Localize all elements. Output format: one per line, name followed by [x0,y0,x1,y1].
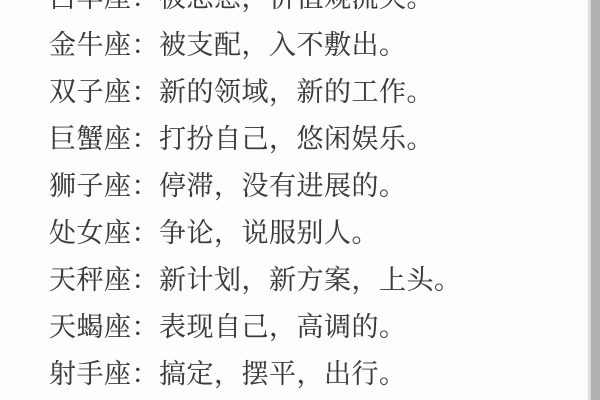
zodiac-sign-label: 白羊座 [49,0,132,13]
colon-separator: ： [132,77,160,107]
horoscope-line-sagittarius: 射手座：搞定，摆平，出行。 [49,351,586,398]
horoscope-line-virgo: 处女座：争论，说服别人。 [49,210,586,257]
horoscope-text: 表现自己，高调的。 [159,312,407,342]
horoscope-text: 停滞，没有进展的。 [159,171,407,201]
horoscope-text: 搞定，摆平，出行。 [159,359,407,389]
horoscope-page: 白羊座：被忽悠，价值观流失。 金牛座：被支配，入不敷出。 双子座：新的领域，新的… [0,0,600,400]
zodiac-sign-label: 天秤座 [49,265,132,295]
horoscope-line-leo: 狮子座：停滞，没有进展的。 [49,163,586,210]
horoscope-text: 新的领域，新的工作。 [159,77,434,107]
colon-separator: ： [132,30,160,60]
colon-separator: ： [132,359,160,389]
horoscope-list: 白羊座：被忽悠，价值观流失。 金牛座：被支配，入不敷出。 双子座：新的领域，新的… [49,0,586,398]
horoscope-line-scorpio: 天蝎座：表现自己，高调的。 [49,304,586,351]
horoscope-text: 争论，说服别人。 [159,218,379,248]
zodiac-sign-label: 金牛座 [49,30,132,60]
zodiac-sign-label: 处女座 [49,218,132,248]
horoscope-text: 被支配，入不敷出。 [159,30,407,60]
horoscope-text: 被忽悠，价值观流失。 [159,0,434,13]
colon-separator: ： [132,124,160,154]
horoscope-text: 打扮自己，悠闲娱乐。 [159,124,434,154]
zodiac-sign-label: 狮子座 [49,171,132,201]
colon-separator: ： [132,218,160,248]
colon-separator: ： [132,312,160,342]
colon-separator: ： [132,171,160,201]
colon-separator: ： [132,0,160,13]
horoscope-line-aries: 白羊座：被忽悠，价值观流失。 [49,0,586,22]
horoscope-line-taurus: 金牛座：被支配，入不敷出。 [49,22,586,69]
horoscope-line-gemini: 双子座：新的领域，新的工作。 [49,69,586,116]
zodiac-sign-label: 巨蟹座 [49,124,132,154]
horoscope-line-libra: 天秤座：新计划，新方案，上头。 [49,257,586,304]
zodiac-sign-label: 射手座 [49,359,132,389]
horoscope-text: 新计划，新方案，上头。 [159,265,462,295]
colon-separator: ： [132,265,160,295]
right-scrollbar-strip [591,0,600,400]
zodiac-sign-label: 双子座 [49,77,132,107]
horoscope-line-cancer: 巨蟹座：打扮自己，悠闲娱乐。 [49,116,586,163]
zodiac-sign-label: 天蝎座 [49,312,132,342]
